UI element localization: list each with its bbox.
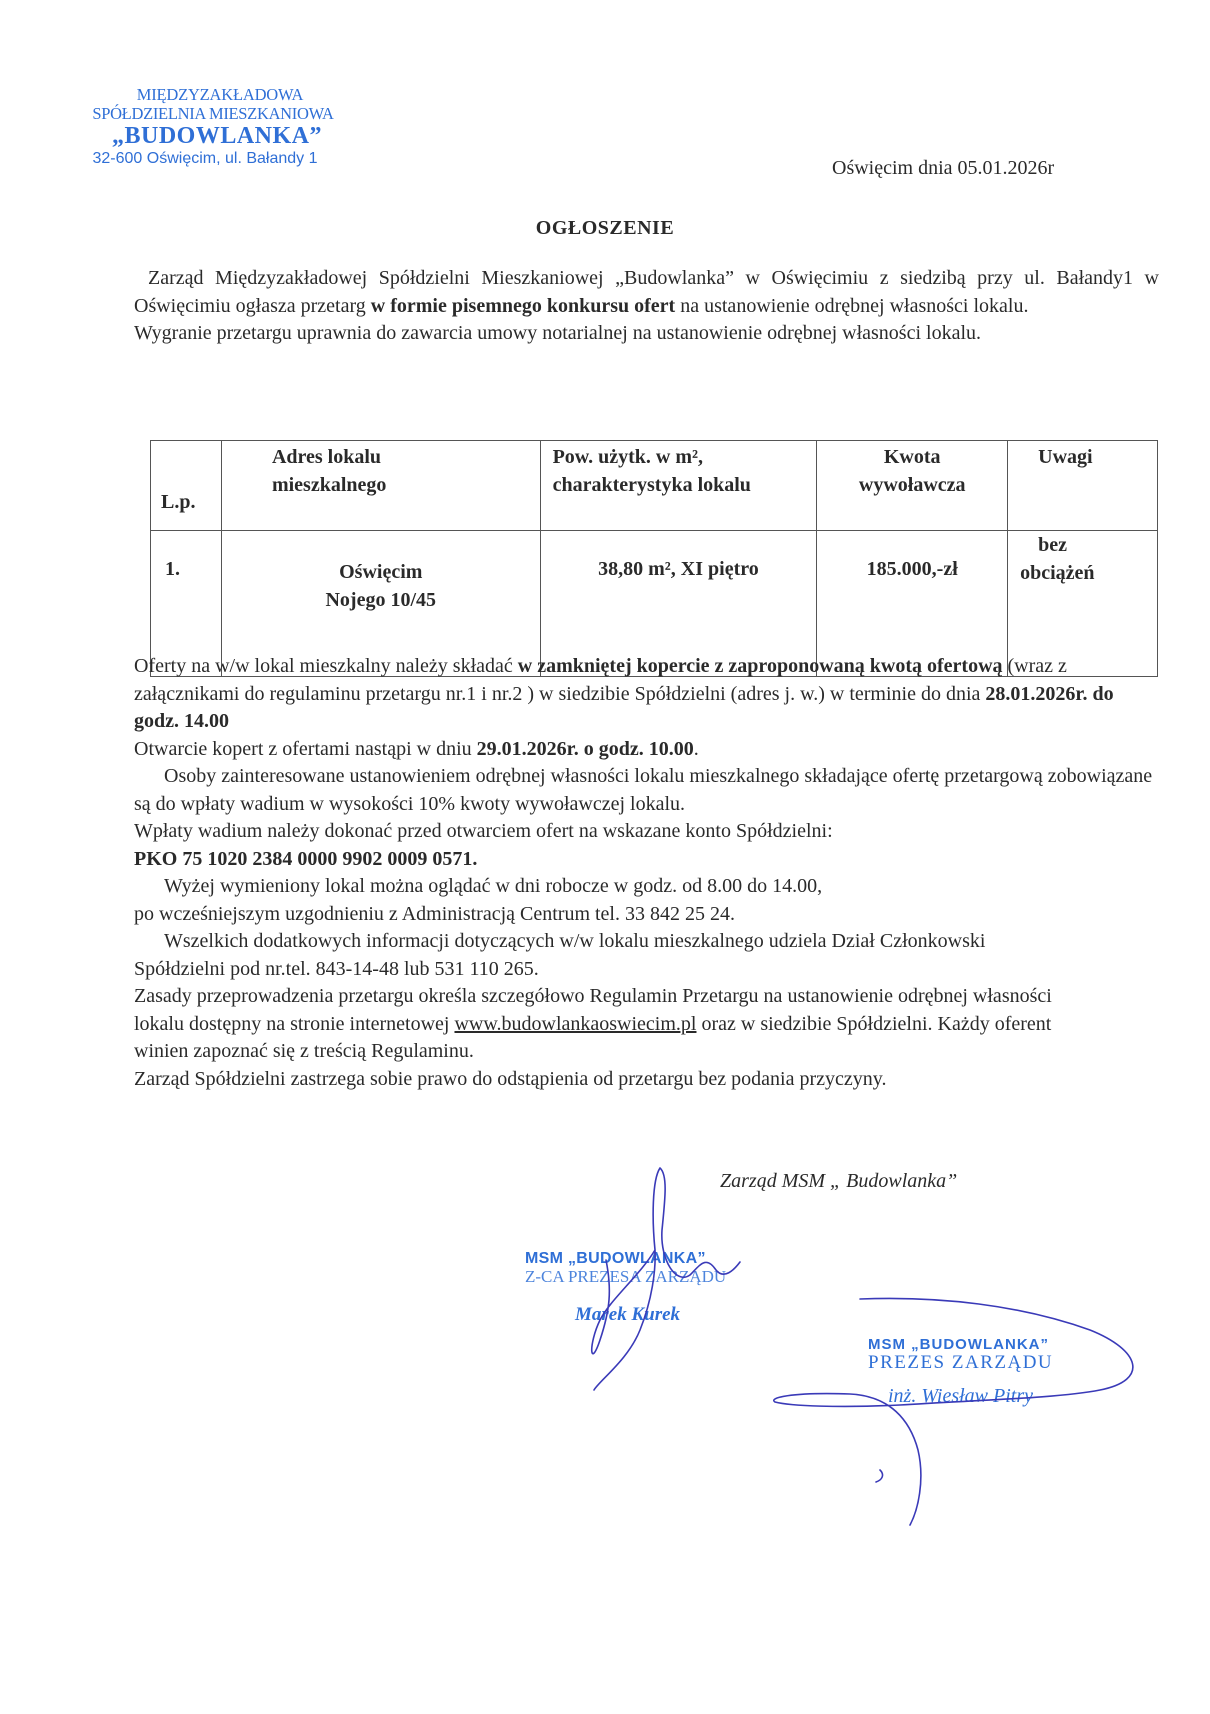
vice-stamp-line1: MSM „BUDOWLANKA” (525, 1250, 726, 1268)
header-lp: L.p. (151, 441, 222, 531)
cell-notes-line2: obciążeń (1020, 559, 1157, 587)
rules-paragraph: Zasady przeprowadzenia przetargu określa… (134, 983, 1094, 1066)
opening-text: Otwarcie kopert z ofertami nastąpi w dni… (134, 738, 477, 760)
website-link[interactable]: www.budowlankaoswiecim.pl (454, 1013, 696, 1035)
viewing-line-2: po wcześniejszym uzgodnieniu z Administr… (134, 901, 1154, 929)
header-address-line2: mieszkalnego (272, 471, 540, 499)
board-signoff: Zarząd MSM „ Budowlanka” (720, 1170, 957, 1193)
viewing-line-1: Wyżej wymieniony lokal można oglądać w d… (134, 873, 1154, 901)
header-price-line1: Kwota (817, 443, 1007, 471)
letterhead-name: „BUDOWLANKA” (64, 123, 370, 149)
header-area: Pow. użytk. w m², charakterystyka lokalu (540, 441, 817, 531)
cell-price-text: 185.000,-zł (867, 558, 958, 580)
vice-stamp-line2: Z-CA PREZESA ZARZĄDU (525, 1268, 726, 1286)
cell-address-line1: Oświęcim (222, 558, 540, 586)
president-stamp-line2: PREZES ZARZĄDU (868, 1353, 1053, 1373)
header-price-line2: wywoławcza (817, 471, 1007, 499)
offers-bold-text: w zamkniętej kopercie z zaproponowaną kw… (518, 655, 1003, 677)
intro-paragraph-2: Wygranie przetargu uprawnia do zawarcia … (134, 320, 1159, 348)
letterhead-line1: MIĘDZYZAKŁADOWA (70, 85, 370, 104)
header-area-line2: charakterystyka lokalu (553, 471, 817, 499)
header-area-line1: Pow. użytk. w m², (553, 443, 817, 471)
cell-lp-text: 1. (165, 558, 180, 580)
terms-section: Oferty na w/w lokal mieszkalny należy sk… (134, 653, 1154, 1093)
header-notes-text: Uwagi (1038, 446, 1092, 468)
letterhead-line2: SPÓŁDZIELNIA MIESZKANIOWA (56, 104, 370, 123)
intro-paragraph: Zarząd Międzyzakładowej Spółdzielni Mies… (134, 265, 1159, 320)
letterhead-address: 32-600 Oświęcim, ul. Bałandy 1 (40, 149, 370, 169)
letterhead-stamp: MIĘDZYZAKŁADOWA SPÓŁDZIELNIA MIESZKANIOW… (70, 85, 370, 169)
opening-text-end: . (694, 738, 699, 760)
info-paragraph: Wszelkich dodatkowych informacji dotyczą… (134, 928, 1074, 983)
vice-stamp-name: Marek Kurek (575, 1304, 726, 1326)
president-stamp-name: inż. Wiesław Pitry (888, 1385, 1053, 1408)
opening-date: 29.01.2026r. o godz. 10.00 (477, 738, 694, 760)
document-title: OGŁOSZENIE (0, 217, 1210, 240)
document-date: Oświęcim dnia 05.01.2026r (832, 157, 1054, 180)
intro-section: Zarząd Międzyzakładowej Spółdzielni Mies… (134, 265, 1159, 348)
president-stamp: MSM „BUDOWLANKA” PREZES ZARZĄDU inż. Wie… (868, 1336, 1053, 1408)
header-lp-text: L.p. (161, 491, 195, 513)
deposit-paragraph: Osoby zainteresowane ustanowieniem odręb… (134, 763, 1154, 818)
offers-text: Oferty na w/w lokal mieszkalny należy sk… (134, 655, 518, 677)
opening-paragraph: Otwarcie kopert z ofertami nastąpi w dni… (134, 736, 1154, 764)
president-signature-stroke (774, 1298, 1133, 1525)
vice-president-stamp: MSM „BUDOWLANKA” Z-CA PREZESA ZARZĄDU Ma… (525, 1250, 726, 1326)
header-notes: Uwagi (1008, 441, 1158, 531)
deposit-account-intro: Wpłaty wadium należy dokonać przed otwar… (134, 818, 1154, 846)
intro-bold-text: w formie pisemnego konkursu ofert (371, 295, 675, 317)
cell-notes-line1: bez (1020, 531, 1157, 559)
header-price: Kwota wywoławcza (817, 441, 1008, 531)
cell-address-line2: Nojego 10/45 (222, 586, 540, 614)
header-address: Adres lokalu mieszkalnego (221, 441, 540, 531)
intro-text-end: na ustanowienie odrębnej własności lokal… (675, 295, 1028, 317)
header-address-line1: Adres lokalu (272, 443, 540, 471)
bank-account: PKO 75 1020 2384 0000 9902 0009 0571. (134, 846, 1154, 874)
offers-paragraph: Oferty na w/w lokal mieszkalny należy sk… (134, 653, 1154, 736)
reservation-paragraph: Zarząd Spółdzielni zastrzega sobie prawo… (134, 1066, 1154, 1094)
cell-area-text: 38,80 m², XI piętro (598, 558, 759, 580)
offer-table: L.p. Adres lokalu mieszkalnego Pow. użyt… (150, 440, 1158, 677)
table-header-row: L.p. Adres lokalu mieszkalnego Pow. użyt… (151, 441, 1158, 531)
president-stamp-line1: MSM „BUDOWLANKA” (868, 1336, 1053, 1353)
